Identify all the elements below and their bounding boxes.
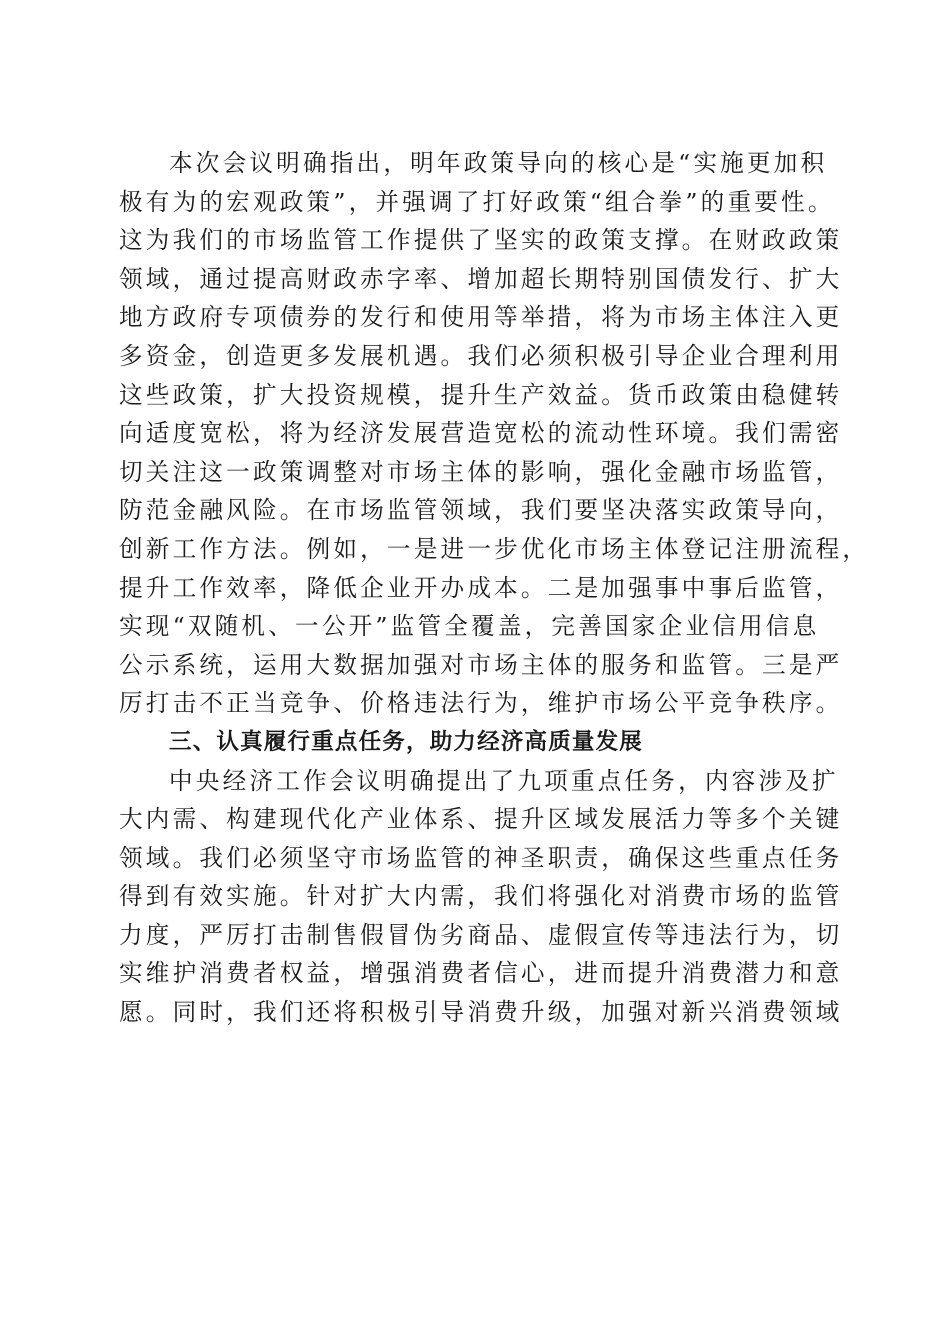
text-line: 切关注这一政策调整对市场主体的影响，强化金融市场监管，	[119, 453, 847, 492]
text-line: 领域。我们必须坚守市场监管的神圣职责，确保这些重点任务	[119, 839, 847, 878]
text-line: 向适度宽松，将为经济发展营造宽松的流动性环境。我们需密	[119, 414, 847, 453]
text-line: 本次会议明确指出，明年政策导向的核心是“实施更加积	[119, 144, 847, 183]
text-line: 中央经济工作会议明确提出了九项重点任务，内容涉及扩	[119, 762, 847, 801]
section-heading: 三、认真履行重点任务，助力经济高质量发展	[119, 723, 847, 762]
document-body: 本次会议明确指出，明年政策导向的核心是“实施更加积 极有为的宏观政策”，并强调了…	[119, 144, 847, 1032]
text-line: 多资金，创造更多发展机遇。我们必须积极引导企业合理利用	[119, 337, 847, 376]
text-line: 大内需、构建现代化产业体系、提升区域发展活力等多个关键	[119, 800, 847, 839]
text-line: 这些政策，扩大投资规模，提升生产效益。货币政策由稳健转	[119, 376, 847, 415]
text-line: 厉打击不正当竞争、价格违法行为，维护市场公平竞争秩序。	[119, 684, 847, 723]
text-line: 地方政府专项债券的发行和使用等举措，将为市场主体注入更	[119, 298, 847, 337]
paragraph-key-tasks: 中央经济工作会议明确提出了九项重点任务，内容涉及扩 大内需、构建现代化产业体系、…	[119, 762, 847, 1032]
text-line: 得到有效实施。针对扩大内需，我们将强化对消费市场的监管	[119, 877, 847, 916]
text-line: 极有为的宏观政策”，并强调了打好政策“组合拳”的重要性。	[119, 183, 847, 222]
document-page: 本次会议明确指出，明年政策导向的核心是“实施更加积 极有为的宏观政策”，并强调了…	[0, 0, 950, 1344]
text-line: 实现“双随机、一公开”监管全覆盖，完善国家企业信用信息	[119, 607, 847, 646]
text-line: 提升工作效率，降低企业开办成本。二是加强事中事后监管，	[119, 569, 847, 608]
text-line: 这为我们的市场监管工作提供了坚实的政策支撑。在财政政策	[119, 221, 847, 260]
paragraph-policy-orientation: 本次会议明确指出，明年政策导向的核心是“实施更加积 极有为的宏观政策”，并强调了…	[119, 144, 847, 723]
text-line: 愿。同时，我们还将积极引导消费升级，加强对新兴消费领域	[119, 993, 847, 1032]
text-line: 领域，通过提高财政赤字率、增加超长期特别国债发行、扩大	[119, 260, 847, 299]
text-line: 创新工作方法。例如，一是进一步优化市场主体登记注册流程，	[119, 530, 847, 569]
text-line: 防范金融风险。在市场监管领域，我们要坚决落实政策导向，	[119, 491, 847, 530]
text-line: 公示系统，运用大数据加强对市场主体的服务和监管。三是严	[119, 646, 847, 685]
text-line: 力度，严厉打击制售假冒伪劣商品、虚假宣传等违法行为，切	[119, 916, 847, 955]
text-line: 实维护消费者权益，增强消费者信心，进而提升消费潜力和意	[119, 954, 847, 993]
